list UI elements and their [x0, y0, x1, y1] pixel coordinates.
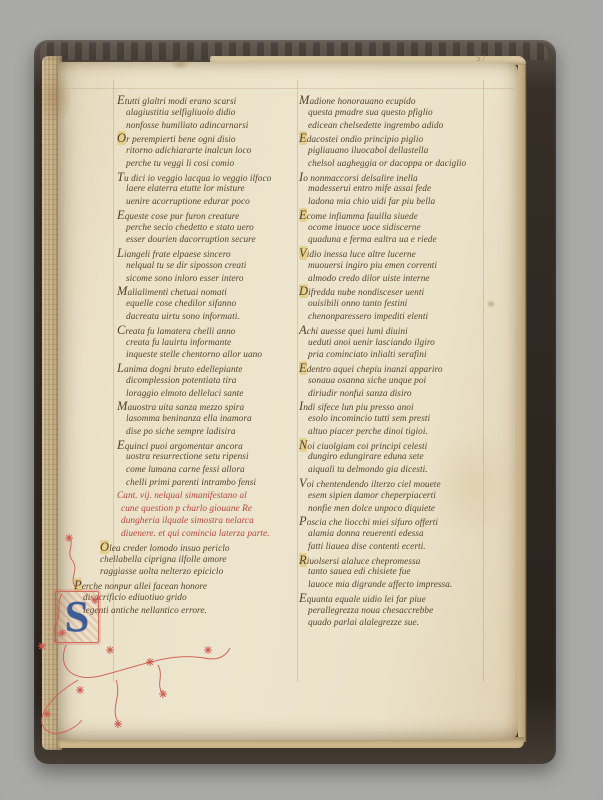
verse-line: laere elaterra etutte lor misture [117, 183, 271, 196]
verse-line: madesserui entro mife assai fede [299, 183, 466, 196]
verse-line: aiquali tu delmondo gia dicesti. [299, 464, 466, 477]
verse-line: alagiustitia selfigliuolo didio [117, 107, 271, 120]
verse-line: Io nonmaccorsi delsalire inella [299, 171, 466, 184]
verse-line: muouersi ingiro piu emen correnti [299, 260, 466, 273]
verse-line: Noi ciuolgiam coi principi celesti [299, 439, 466, 452]
verse-line: Perche nonpur allei facean honore [74, 579, 271, 592]
verse-line: Edentro aquei chepiu inanzi appariro [299, 362, 466, 375]
verse-line: esser dourien dacorruption secure [117, 234, 271, 247]
verse-line: loraggio elmoto delleluci sante [117, 388, 271, 401]
verse-line: Edacostei ondio principio piglio [299, 132, 466, 145]
verse-line: Creata fu lamatera chelli anno [117, 324, 271, 337]
verse-line: esem sipien damor cheperpiacerti [299, 490, 466, 503]
verse-line: ouisibili onno tanto festini [299, 298, 466, 311]
verse-line: uostra resurrectione setu ripensi [117, 451, 271, 464]
verse-line: creata fu lauirtu informante [117, 337, 271, 350]
verse-line: chelsol uagheggia or dacoppa or daciglio [299, 158, 466, 171]
rubric-line: cune question p charlo giouane Re [117, 503, 271, 516]
verse-line: lasomma beninanza ella inamora [117, 413, 271, 426]
verse-line: sicome sono inloro esser intero [117, 273, 271, 286]
verse-line: esolo incomincio tutti sem presti [299, 413, 466, 426]
fore-edge-pages [518, 64, 527, 742]
verse-line: perche tu veggi li cosi comio [117, 158, 271, 171]
verse-line: ritorno adichiararte inalcun loco [117, 145, 271, 158]
verse-line: Equeste cose pur furon creature [117, 209, 271, 222]
verse-line: Etutti glaltri modi erano scarsi [117, 94, 271, 107]
verse-line: chenonparessero impediti elenti [299, 311, 466, 324]
verse-line: dacreata uirtu sono informati. [117, 311, 271, 324]
verse-line: Difredda nube nondisceser uenti [299, 285, 466, 298]
rubric-line: dungheria ilquale simostra nelarca [117, 515, 271, 528]
verse-line: Olea creder lomodo insuo periclo [100, 541, 271, 554]
ruling-line-vertical [483, 80, 484, 682]
verse-line: nelqual tu se dir siposson creati [117, 260, 271, 273]
verse-line: nonfosse humiliato adincarnarsi [117, 120, 271, 133]
verse-line: Vidio inessa luce altre lucerne [299, 247, 466, 260]
verse-line: dise po siche sempre ladisira [117, 426, 271, 439]
verse-line: edicean chelsedette ingrembo adido [299, 120, 466, 133]
verse-line: Lanima dogni bruto edellepiante [117, 362, 271, 375]
verse-line: pria cominciato inlialti serafini [299, 349, 466, 362]
verse-line: Madione honorauano ecupido [299, 94, 466, 107]
photo-background: 57 Etutti glaltri modi erano scarsialagi… [0, 0, 603, 800]
verse-line: uenire acorruptione edurar poco [117, 196, 271, 209]
rubric-line: diuenere. et qui comincia laterza parte. [117, 528, 271, 541]
verse-line: Achi auesse quei lumi diuini [299, 324, 466, 337]
verse-line: raggiasse uolta nelterzo epiciclo [100, 566, 271, 579]
verse-line: diriudir nonfui sanza disiro [299, 388, 466, 401]
verse-line: quado parlai alalegrezze sue. [299, 617, 466, 630]
verse-line: nonfie men dolce unpoco diquiete [299, 503, 466, 516]
illuminated-initial: S [55, 591, 99, 643]
verse-line: dicomplession potentiata tira [117, 375, 271, 388]
verse-line: perallegrezza noua chesaccrebbe [299, 605, 466, 618]
verse-line: Equanta equale uidio lei far piue [299, 592, 466, 605]
verse-line: Equinci puoi argomentar ancora [117, 439, 271, 452]
text-column-left: Etutti glaltri modi erano scarsialagiust… [117, 94, 271, 617]
verse-line: perche secio chedetto e stato uero [117, 222, 271, 235]
verse-line: Tu dici io veggio lacqua io veggio ilfoc… [117, 171, 271, 184]
verse-line: Voi chentendendo ilterzo ciel mouete [299, 477, 466, 490]
rubric-line: Cant. vij. nelqual simanifestano al [117, 490, 271, 503]
verse-line: Indi sifece lun piu presso anoi [299, 400, 466, 413]
verse-line: lauoce mia digrande affecto impressa. [299, 579, 466, 592]
verse-line: inqueste stelle chentorno allor uano [117, 349, 271, 362]
ruling-line-vertical [297, 80, 298, 682]
verse-line: chelli primi parenti intrambo fensi [117, 477, 271, 490]
verse-line: equelle cose chedilor sifanno [117, 298, 271, 311]
verse-line: Ecome infiamma fauilla siuede [299, 209, 466, 222]
verse-line: altuo piacer perche dinoi tigioi. [299, 426, 466, 439]
initial-letter-s: S [65, 594, 89, 640]
verse-line: ueduti anoi uenir lasciando ilgiro [299, 337, 466, 350]
folio-number: 57 [476, 53, 487, 63]
verse-line: disacrificio ediuotiuo grido [74, 592, 271, 605]
verse-line: fatti liauea dise contenti ecerti. [299, 541, 466, 554]
verse-line: legenti antiche nellantico errore. [74, 605, 271, 618]
verse-line: questa pmadre sua questo pfiglio [299, 107, 466, 120]
ruling-line-horizontal [62, 88, 514, 89]
verse-line: ocome inuoce uoce sidiscerne [299, 222, 466, 235]
verse-line: Poscia che liocchi miei sifuro offerti [299, 515, 466, 528]
verse-line: Or perempierti bene ogni disio [117, 132, 271, 145]
verse-line: Malialimenti chetuai nomati [117, 285, 271, 298]
verse-line: sonaua osanna siche unque poi [299, 375, 466, 388]
verse-line: come lumana carne fessi allora [117, 464, 271, 477]
verse-line: chellabella ciprigna ilfolle amore [100, 554, 271, 567]
verse-line: Liangeli frate elpaese sincero [117, 247, 271, 260]
verse-line: quaduna e ferma ealtra ua e riede [299, 234, 466, 247]
verse-line: tanto sauea edi chisiete fue [299, 566, 466, 579]
verse-line: dungiro edungirare eduna sete [299, 451, 466, 464]
verse-line: Mauostra uita sanza mezzo spira [117, 400, 271, 413]
verse-line: pigliauano iluocabol dellastella [299, 145, 466, 158]
verse-line: Riuolsersi alaluce chepromessa [299, 554, 466, 567]
verse-line: alamia donna reuerenti edessa [299, 528, 466, 541]
text-column-right: Madione honorauano ecupidoquesta pmadre … [299, 94, 466, 630]
verse-line: almodo credo dilor uiste interne [299, 273, 466, 286]
verse-line: ladona mia chio uidi far piu bella [299, 196, 466, 209]
